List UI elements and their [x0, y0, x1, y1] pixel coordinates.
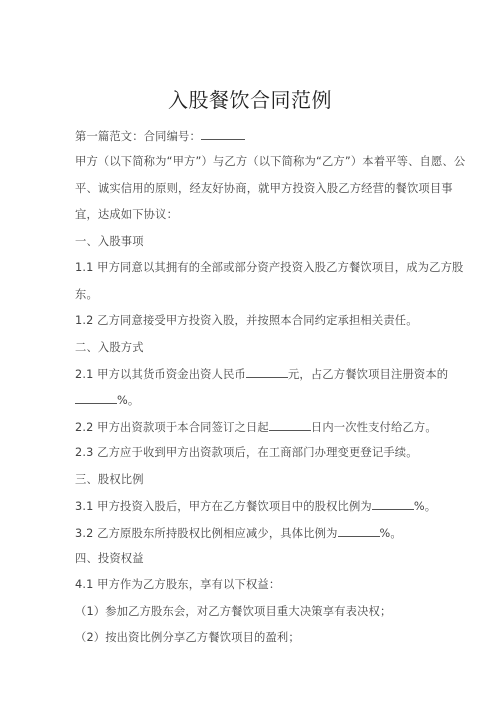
- clause-3-1-text-b: %。: [414, 500, 436, 513]
- document-page: 入股餐饮合同范例 第一篇范文：合同编号： 甲方（以下简称为“甲方”）与乙方（以下…: [0, 0, 500, 707]
- clause-2-1-text-a: 2.1 甲方以其货币资金出资人民币: [75, 368, 246, 381]
- contract-number-line: 第一篇范文：合同编号：: [75, 127, 415, 153]
- document-body: 第一篇范文：合同编号： 甲方（以下简称为“甲方”）与乙方（以下简称为“乙方”）本…: [75, 127, 415, 656]
- capital-percent-blank: [75, 391, 117, 404]
- contract-number-blank: [201, 127, 245, 140]
- clause-4-1: 4.1 甲方作为乙方股东，享有以下权益：: [75, 576, 415, 602]
- clause-1-2: 1.2 乙方同意接受甲方投资入股，并按照本合同约定承担相关责任。: [75, 312, 415, 338]
- clause-2-2-text-b: 日内一次性支付给乙方。: [311, 421, 437, 434]
- clause-2-3: 2.3 乙方应于收到甲方出资款项后，在工商部门办理变更登记手续。: [75, 444, 415, 470]
- payment-days-blank: [269, 418, 311, 431]
- clause-3-1: 3.1 甲方投资入股后，甲方在乙方餐饮项目中的股权比例为%。: [75, 497, 415, 523]
- clause-1-1-line-2: 东。: [75, 286, 415, 312]
- section-heading-2: 二、入股方式: [75, 339, 415, 365]
- document-title: 入股餐饮合同范例: [0, 84, 500, 113]
- equity-ratio-blank: [372, 497, 414, 510]
- clause-2-1-line-1: 2.1 甲方以其货币资金出资人民币元，占乙方餐饮项目注册资本的: [75, 365, 415, 391]
- clause-1-1-line-1: 1.1 甲方同意以其拥有的全部或部分资产投资入股乙方餐饮项目，成为乙方股: [75, 259, 415, 285]
- clause-2-2: 2.2 甲方出资款项于本合同签订之日起日内一次性支付给乙方。: [75, 418, 415, 444]
- contract-number-label: 第一篇范文：合同编号：: [75, 130, 201, 143]
- reduced-ratio-blank: [338, 524, 380, 537]
- investment-amount-blank: [246, 365, 288, 378]
- clause-2-1-text-b: 元，占乙方餐饮项目注册资本的: [288, 368, 448, 381]
- section-heading-1: 一、入股事项: [75, 233, 415, 259]
- clause-2-1-line-2: %。: [75, 391, 415, 417]
- clause-2-2-text-a: 2.2 甲方出资款项于本合同签订之日起: [75, 421, 269, 434]
- clause-3-2-text-b: %。: [380, 527, 402, 540]
- clause-2-1-text-c: %。: [117, 394, 139, 407]
- clause-3-2: 3.2 乙方原股东所持股权比例相应减少，具体比例为%。: [75, 524, 415, 550]
- clause-3-1-text-a: 3.1 甲方投资入股后，甲方在乙方餐饮项目中的股权比例为: [75, 500, 372, 513]
- section-heading-3: 三、股权比例: [75, 471, 415, 497]
- intro-line-1: 甲方（以下简称为“甲方”）与乙方（以下简称为“乙方”）本着平等、自愿、公: [75, 153, 415, 179]
- intro-line-3: 宜，达成如下协议：: [75, 206, 415, 232]
- clause-4-1-item-2: （2）按出资比例分享乙方餐饮项目的盈利；: [75, 629, 415, 655]
- clause-4-1-item-1: （1）参加乙方股东会，对乙方餐饮项目重大决策享有表决权；: [75, 603, 415, 629]
- section-heading-4: 四、投资权益: [75, 550, 415, 576]
- intro-line-2: 平、诚实信用的原则，经友好协商，就甲方投资入股乙方经营的餐饮项目事: [75, 180, 415, 206]
- clause-3-2-text-a: 3.2 乙方原股东所持股权比例相应减少，具体比例为: [75, 527, 338, 540]
